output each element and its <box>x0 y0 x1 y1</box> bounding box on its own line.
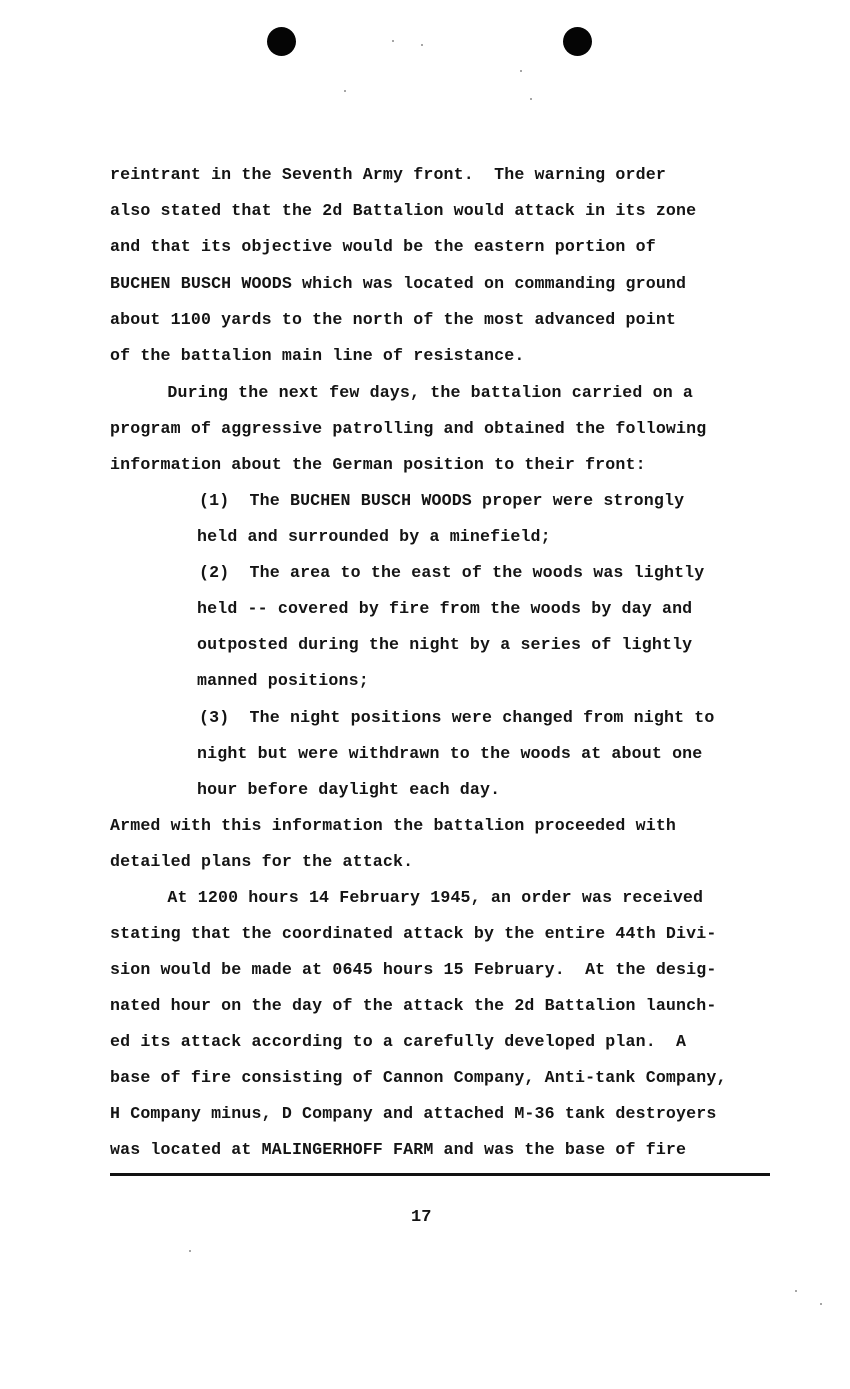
text-line: H Company minus, D Company and attached … <box>110 1103 716 1125</box>
text-line: about 1100 yards to the north of the mos… <box>110 309 676 331</box>
text-line: nated hour on the day of the attack the … <box>110 995 716 1017</box>
scan-speck <box>392 40 394 42</box>
text-line: stating that the coordinated attack by t… <box>110 923 716 945</box>
scan-speck <box>530 98 532 100</box>
binder-hole-right <box>563 27 592 56</box>
scan-speck <box>795 1290 797 1292</box>
list-item-line: (1) The BUCHEN BUSCH WOODS proper were s… <box>199 490 684 512</box>
text-line: detailed plans for the attack. <box>110 851 413 873</box>
scan-speck <box>344 90 346 92</box>
text-line: sion would be made at 0645 hours 15 Febr… <box>110 959 716 981</box>
text-line: information about the German position to… <box>110 454 646 476</box>
list-item-line: (3) The night positions were changed fro… <box>199 707 715 729</box>
text-line: BUCHEN BUSCH WOODS which was located on … <box>110 273 686 295</box>
text-line: Armed with this information the battalio… <box>110 815 676 837</box>
binder-hole-left <box>267 27 296 56</box>
text-line: base of fire consisting of Cannon Compan… <box>110 1067 727 1089</box>
scan-speck <box>189 1250 191 1252</box>
text-line: of the battalion main line of resistance… <box>110 345 524 367</box>
text-line: was located at MALINGERHOFF FARM and was… <box>110 1139 686 1161</box>
list-item-line: held -- covered by fire from the woods b… <box>197 598 692 620</box>
scan-speck <box>820 1303 822 1305</box>
text-line: also stated that the 2d Battalion would … <box>110 200 696 222</box>
scan-speck <box>520 70 522 72</box>
text-line: At 1200 hours 14 February 1945, an order… <box>127 887 703 909</box>
text-line: program of aggressive patrolling and obt… <box>110 418 706 440</box>
text-line: During the next few days, the battalion … <box>127 382 693 404</box>
scan-speck <box>421 44 423 46</box>
list-item-line: hour before daylight each day. <box>197 779 500 801</box>
list-item-line: night but were withdrawn to the woods at… <box>197 743 702 765</box>
page-divider <box>110 1173 770 1176</box>
text-line: reintrant in the Seventh Army front. The… <box>110 164 666 186</box>
text-line: and that its objective would be the east… <box>110 236 656 258</box>
page-number: 17 <box>411 1208 431 1227</box>
list-item-line: (2) The area to the east of the woods wa… <box>199 562 704 584</box>
list-item-line: outposted during the night by a series o… <box>197 634 692 656</box>
text-line: ed its attack according to a carefully d… <box>110 1031 686 1053</box>
list-item-line: manned positions; <box>197 670 369 692</box>
list-item-line: held and surrounded by a minefield; <box>197 526 551 548</box>
